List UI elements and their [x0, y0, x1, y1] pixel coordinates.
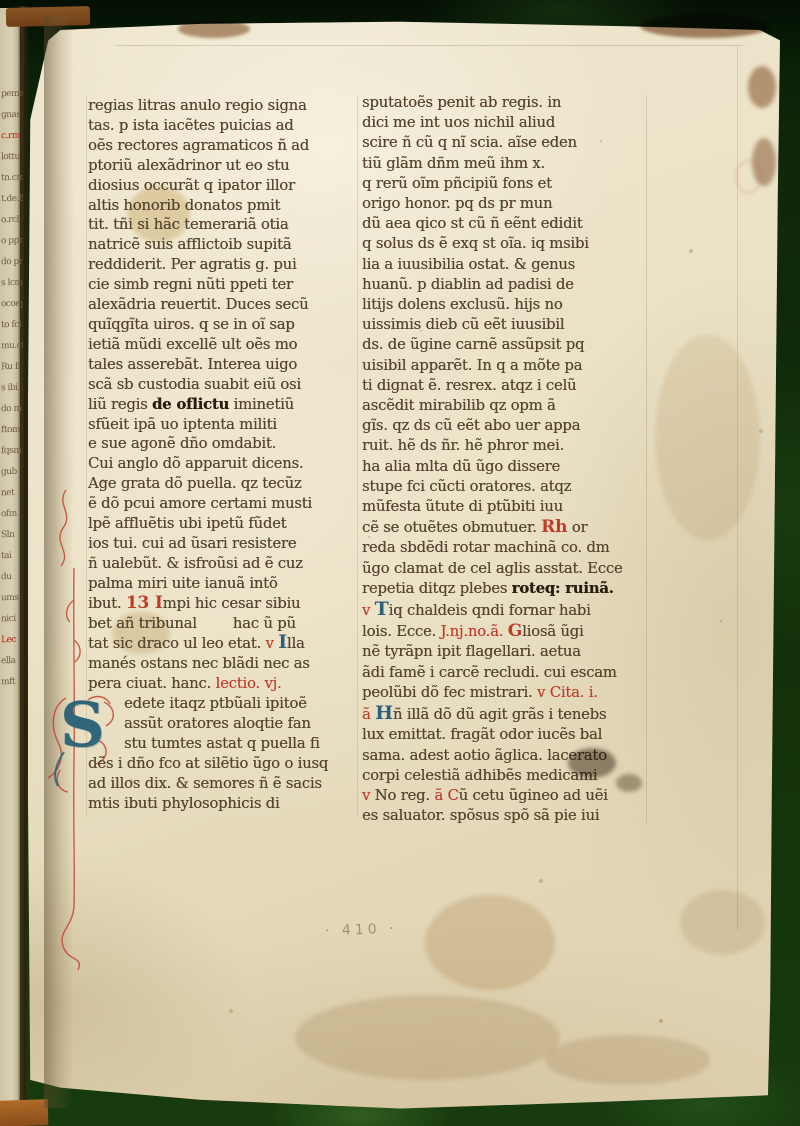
facing-page-fragment: du	[1, 567, 23, 588]
text-line: ascẽdit mirabilib qz opm ã	[362, 396, 662, 416]
text-line: lia a iuusibilia ostat. & genus	[362, 255, 662, 275]
facing-page-fragment: ocoep	[1, 294, 23, 315]
rubric-text: Rh	[541, 517, 567, 537]
text-line: pera ciuat. hanc. lectio. vj.	[88, 674, 380, 694]
facing-page-fragment: fqsm	[1, 441, 23, 462]
ink-text: uissimis dieb cũ eẽt iuusibil	[362, 316, 564, 333]
foxing-specks	[0, 0, 2, 2]
ink-text: liũ regis	[88, 396, 152, 413]
facing-page-fragment: lottu	[1, 147, 23, 168]
folio-number-pencil: · 410 ·	[325, 921, 398, 940]
facing-page-fragment: gub	[1, 462, 23, 483]
ruled-line-top	[115, 45, 745, 46]
ink-text: altis honorib donatos pmit	[88, 197, 280, 214]
ink-text: stupe fci cũcti oratores. atqz	[362, 478, 571, 495]
stain-right-edge	[748, 66, 776, 108]
ink-text: tit. tñi si hãc temerariã otia	[88, 216, 288, 233]
ink-smudge	[568, 748, 616, 778]
text-line: edete itaqz ptbũali ipitoẽ	[124, 694, 380, 714]
facing-page-fragment: ofm	[1, 504, 23, 525]
facing-page-fragment: c.rm	[1, 126, 23, 147]
ink-text: tas. p ista iacẽtes puicias ad	[88, 117, 294, 134]
text-line: ruit. hẽ ds ñr. hẽ phror mei.	[362, 436, 662, 456]
ink-text: bet añ tribunal hac ũ pũ	[88, 615, 296, 632]
ink-text: uisibil apparẽt. In q a mõte pa	[362, 357, 582, 374]
text-line: oẽs rectores agramaticos ñ ad	[88, 136, 380, 156]
ink-text: q rerũ oĩm pñcipiũ fons et	[362, 175, 552, 192]
ink-text: nẽ tyrãpn ipit flagellari. aetua	[362, 643, 581, 660]
facing-page-fragment: o.rcl	[1, 210, 23, 231]
stain-top-corner	[640, 14, 770, 38]
ink-text: assũt oratores aloqtie fan	[124, 715, 311, 732]
text-line: assũt oratores aloqtie fan	[124, 714, 380, 734]
text-line: palma miri uite ianuã intõ	[88, 574, 380, 594]
text-line: natricẽ suis afflictoib supitã	[88, 235, 380, 255]
ink-text: reda sbdẽdi rotar machinã co. dm	[362, 539, 609, 556]
ink-text: edete itaqz ptbũali ipitoẽ	[124, 695, 307, 712]
text-line: bet añ tribunal hac ũ pũ	[88, 614, 380, 634]
ink-text: q solus ds ẽ exq st oĩa. iq msibi	[362, 235, 589, 252]
rubric-text: ã C	[434, 787, 458, 804]
facing-page-fragment: tai	[1, 546, 23, 567]
ink-text: mtis ibuti phylosophicis di	[88, 795, 279, 812]
bold-ink-text: roteq: ruinã.	[512, 580, 614, 597]
text-line: ñ ualebũt. & isfroũsi ad ẽ cuz	[88, 554, 380, 574]
text-line: Age grata dõ puella. qz tecũz	[88, 474, 380, 494]
rubric-text: 13 I	[126, 593, 163, 613]
text-line: tales asserebãt. Interea uigo	[88, 355, 380, 375]
ink-text: iq chaldeis qndi fornar habi	[389, 602, 591, 619]
text-line: stupe fci cũcti oratores. atqz	[362, 477, 662, 497]
text-line: sputatoẽs penit ab regis. in	[362, 93, 662, 113]
ink-text: ascẽdit mirabilib qz opm ã	[362, 397, 556, 414]
text-line: ũgo clamat de cel aglis asstat. Ecce	[362, 559, 662, 579]
ink-text: ios tui. cui ad ũsari resistere	[88, 535, 296, 552]
text-line: stu tumtes astat q puella fi	[124, 734, 380, 754]
ink-text: ũ cetu ũgineo ad uẽi	[459, 787, 608, 804]
facing-page-fragment: tn.cm	[1, 168, 23, 189]
ink-text: ruit. hẽ ds ñr. hẽ phror mei.	[362, 437, 564, 454]
facing-page-fragment: net	[1, 483, 23, 504]
text-line: sfũeit ipã uo iptenta militi	[88, 415, 380, 435]
rubric-text: v	[362, 602, 375, 619]
ink-text: ibut.	[88, 595, 126, 612]
text-line: mtis ibuti phylosophicis di	[88, 794, 380, 814]
facing-page-fragment: ums	[1, 588, 23, 609]
ink-text: cẽ se otuẽtes obmutuer.	[362, 519, 541, 536]
facing-page-fragment: pema	[1, 84, 23, 105]
text-line: lois. Ecce. J.nj.no.ã. Gliosã ũgi	[362, 621, 662, 642]
ink-text: palma miri uite ianuã intõ	[88, 575, 278, 592]
ink-text: sfũeit ipã uo iptenta militi	[88, 416, 277, 433]
ink-text: scã sb custodia suabit eiũ osi	[88, 376, 301, 393]
text-line: reddiderit. Per agratis g. pui	[88, 255, 380, 275]
gutter-fold-shadow	[44, 16, 74, 1108]
text-line: scã sb custodia suabit eiũ osi	[88, 375, 380, 395]
stain	[295, 995, 560, 1080]
ink-text: ds. de ũgine carnẽ assũpsit pq	[362, 336, 584, 353]
text-line: ptoriũ alexãdrinor ut eo stu	[88, 156, 380, 176]
text-line: nẽ tyrãpn ipit flagellari. aetua	[362, 642, 662, 662]
text-line: scire ñ cũ q nĩ scia. aĩse eden	[362, 133, 662, 153]
text-line: ha alia mlta dũ ũgo dissere	[362, 457, 662, 477]
ink-text: lois. Ecce.	[362, 623, 441, 640]
ink-text: ti dignat ẽ. resrex. atqz i celũ	[362, 377, 576, 394]
text-line: mũfesta ũtute di ptũbiti iuu	[362, 497, 662, 517]
rubric-text: J.nj.no.ã.	[441, 623, 508, 640]
text-line: origo honor. pq ds pr mun	[362, 194, 662, 214]
blue-initial: T	[375, 598, 389, 620]
text-line: dũ aea qico st cũ ñ eẽnt edidit	[362, 214, 662, 234]
facing-page-fragment: gnas	[1, 105, 23, 126]
ink-smudge	[616, 774, 642, 792]
ink-text: litijs dolens exclusũ. hijs no	[362, 296, 563, 313]
text-line: uisibil apparẽt. In q a mõte pa	[362, 356, 662, 376]
ink-text: lla	[287, 635, 305, 652]
text-line: diosius occurãt q ipator illor	[88, 176, 380, 196]
facing-page-fragment: Ru fi	[1, 357, 23, 378]
ink-text: repetia ditqz plebes	[362, 580, 512, 597]
binding-edge-bottom	[0, 1099, 48, 1126]
text-line: v Tiq chaldeis qndi fornar habi	[362, 599, 662, 621]
ink-text: alexãdria reuertit. Duces secũ	[88, 296, 308, 313]
ink-text: regias litras anulo regio signa	[88, 97, 307, 114]
text-line: repetia ditqz plebes roteq: ruinã.	[362, 579, 662, 599]
text-line: liũ regis de oflictu iminetiũ	[88, 395, 380, 415]
rubric-text: ã	[362, 706, 375, 723]
text-line: reda sbdẽdi rotar machinã co. dm	[362, 538, 662, 558]
ink-text: lux emittat. fragãt odor iucẽs bal	[362, 726, 602, 743]
text-line: v No reg. ã Cũ cetu ũgineo ad uẽi	[362, 786, 662, 806]
ink-text: No reg.	[375, 787, 435, 804]
stain	[545, 1035, 710, 1085]
text-line: tas. p ista iacẽtes puicias ad	[88, 116, 380, 136]
facing-page-fragment: to fci	[1, 315, 23, 336]
text-line: sama. adest aotio ãglica. lacerato	[362, 746, 662, 766]
manuscript-photo: pemagnasc.rmlottutn.cmt.de.fio.rclo pprd…	[0, 0, 800, 1126]
text-line: ã Hñ illã dõ dũ agit grãs i tenebs	[362, 703, 662, 725]
ink-text: ha alia mlta dũ ũgo dissere	[362, 458, 560, 475]
rubric-text: G	[508, 621, 522, 641]
rubric-text: v Cita. i.	[537, 684, 598, 701]
text-line: cẽ se otuẽtes obmutuer. Rh or	[362, 517, 662, 538]
text-line: q rerũ oĩm pñcipiũ fons et	[362, 174, 662, 194]
ink-text: ptoriũ alexãdrinor ut eo stu	[88, 157, 289, 174]
ink-text: liosã ũgi	[522, 623, 583, 640]
ink-text: diosius occurãt q ipator illor	[88, 177, 295, 194]
text-line: ad illos dix. & semores ñ ẽ sacis	[88, 774, 380, 794]
ink-text: e sue agonẽ dño omdabit.	[88, 435, 276, 452]
ink-text: mũfesta ũtute di ptũbiti iuu	[362, 498, 563, 515]
facing-page-fragment: mu.cf	[1, 336, 23, 357]
facing-page-fragment: nici	[1, 609, 23, 630]
ink-text: ñ ualebũt. & isfroũsi ad ẽ cuz	[88, 555, 303, 572]
ink-text: lpẽ affluẽtis ubi ipetũ fũdet	[88, 515, 286, 532]
ink-text: es saluator. spõsus spõ sã pie iui	[362, 807, 599, 824]
ink-text: Age grata dõ puella. qz tecũz	[88, 475, 301, 492]
stain	[425, 895, 555, 990]
ink-text: dici me int uos nichil aliud	[362, 114, 555, 131]
bold-ink-text: de oflictu	[152, 396, 229, 413]
text-line: cie simb regni nũti ppeti ter	[88, 275, 380, 295]
ink-text: ad illos dix. & semores ñ ẽ sacis	[88, 775, 322, 792]
facing-page-fragment: Lec	[1, 630, 23, 651]
text-line: peolũbi dõ fec mistrari. v Cita. i.	[362, 683, 662, 703]
text-line: lux emittat. fragãt odor iucẽs bal	[362, 725, 662, 745]
red-ink-offset-mark	[735, 160, 761, 194]
facing-page-fragment: do m	[1, 399, 23, 420]
stain	[655, 335, 760, 540]
text-line: ãdi famẽ i carcẽ recludi. cui escam	[362, 663, 662, 683]
stain-top-edge	[178, 20, 250, 38]
facing-page-fragment: mft	[1, 672, 23, 693]
ink-text: dũ aea qico st cũ ñ eẽnt edidit	[362, 215, 583, 232]
text-line: alexãdria reuertit. Duces secũ	[88, 295, 380, 315]
ink-text: gĩs. qz ds cũ eẽt abo uer appa	[362, 417, 580, 434]
ink-text: stu tumtes astat q puella fi	[124, 735, 320, 752]
facing-page-fragment: s lcm	[1, 273, 23, 294]
text-line: tat sic draco ul leo etat. v Illa	[88, 633, 380, 654]
ink-text: iminetiũ	[229, 396, 294, 413]
text-line: lpẽ affluẽtis ubi ipetũ fũdet	[88, 514, 380, 534]
text-line: ietiã mũdi excellẽ ult oẽs mo	[88, 335, 380, 355]
blue-initial: H	[375, 702, 393, 724]
text-line: manés ostans nec blãdi nec as	[88, 654, 380, 674]
facing-page-fragment: s ibi	[1, 378, 23, 399]
ink-text: scire ñ cũ q nĩ scia. aĩse eden	[362, 134, 577, 151]
ink-text: pera ciuat. hanc.	[88, 675, 216, 692]
text-line: e sue agonẽ dño omdabit.	[88, 434, 380, 454]
text-line: ios tui. cui ad ũsari resistere	[88, 534, 380, 554]
facing-page-fragment: Sln	[1, 525, 23, 546]
text-line: ti dignat ẽ. resrex. atqz i celũ	[362, 376, 662, 396]
ink-text: oẽs rectores agramaticos ñ ad	[88, 137, 309, 154]
ink-text: Cui anglo dõ apparuit dicens.	[88, 455, 303, 472]
ink-text: huanũ. p diablin ad padisi de	[362, 276, 574, 293]
text-line: altis honorib donatos pmit	[88, 196, 380, 216]
facing-page-fragment: o ppr	[1, 231, 23, 252]
rubric-text: lectio. vj.	[216, 675, 282, 692]
text-line: Cui anglo dõ apparuit dicens.	[88, 454, 380, 474]
text-column-left: regias litras anulo regio signatas. p is…	[88, 96, 380, 814]
rubric-text: v	[266, 635, 279, 652]
text-line: gĩs. qz ds cũ eẽt abo uer appa	[362, 416, 662, 436]
text-line: litijs dolens exclusũ. hijs no	[362, 295, 662, 315]
text-line: tiũ glãm dñm meũ ihm x.	[362, 154, 662, 174]
text-line: q solus ds ẽ exq st oĩa. iq msibi	[362, 234, 662, 254]
facing-page-fragment: ella	[1, 651, 23, 672]
text-line: tit. tñi si hãc temerariã otia	[88, 215, 380, 235]
ink-text: ietiã mũdi excellẽ ult oẽs mo	[88, 336, 297, 353]
text-line: dẽs i dño fco at silẽtio ũgo o iusq	[88, 754, 380, 774]
text-line: quĩqgĩta uiros. q se in oĩ sap	[88, 315, 380, 335]
text-line: regias litras anulo regio signa	[88, 96, 380, 116]
ink-text: quĩqgĩta uiros. q se in oĩ sap	[88, 316, 295, 333]
ink-text: mpi hic cesar sibiu	[163, 595, 301, 612]
ink-text: origo honor. pq ds pr mun	[362, 195, 552, 212]
text-line: huanũ. p diablin ad padisi de	[362, 275, 662, 295]
text-line: ẽ dõ pcui amore certami musti	[88, 494, 380, 514]
ink-text: manés ostans nec blãdi nec as	[88, 655, 310, 672]
text-line: dici me int uos nichil aliud	[362, 113, 662, 133]
rubric-text: v	[362, 787, 375, 804]
blue-initial: I	[278, 631, 287, 653]
text-column-right: sputatoẽs penit ab regis. indici me int …	[362, 93, 662, 826]
ink-text: lia a iuusibilia ostat. & genus	[362, 256, 575, 273]
ink-text: tiũ glãm dñm meũ ihm x.	[362, 155, 545, 172]
ink-text: peolũbi dõ fec mistrari.	[362, 684, 537, 701]
ink-text: natricẽ suis afflictoib supitã	[88, 236, 291, 253]
text-line: uissimis dieb cũ eẽt iuusibil	[362, 315, 662, 335]
facing-page-fragment: ftom	[1, 420, 23, 441]
ink-text: ñ illã dõ dũ agit grãs i tenebs	[393, 706, 606, 723]
ink-text: tat sic draco ul leo etat.	[88, 635, 266, 652]
ink-text: or	[567, 519, 587, 536]
text-line: ibut. 13 Impi hic cesar sibiu	[88, 594, 380, 614]
ink-text: ũgo clamat de cel aglis asstat. Ecce	[362, 560, 623, 577]
ink-text: dẽs i dño fco at silẽtio ũgo o iusq	[88, 755, 328, 772]
ink-text: sputatoẽs penit ab regis. in	[362, 94, 561, 111]
ink-text: tales asserebãt. Interea uigo	[88, 356, 297, 373]
ink-text: cie simb regni nũti ppeti ter	[88, 276, 293, 293]
ink-text: reddiderit. Per agratis g. pui	[88, 256, 297, 273]
ink-text: ãdi famẽ i carcẽ recludi. cui escam	[362, 664, 617, 681]
facing-page-fragment: do pr	[1, 252, 23, 273]
ink-text: ẽ dõ pcui amore certami musti	[88, 495, 312, 512]
text-line: ds. de ũgine carnẽ assũpsit pq	[362, 335, 662, 355]
stain	[680, 890, 765, 955]
text-line: es saluator. spõsus spõ sã pie iui	[362, 806, 662, 826]
facing-page-fragment: t.de.fi	[1, 189, 23, 210]
facing-page-text-fragments: pemagnasc.rmlottutn.cmt.de.fio.rclo pprd…	[1, 84, 23, 693]
ink-text: corpi celestiã adhibẽs medicami	[362, 767, 597, 784]
